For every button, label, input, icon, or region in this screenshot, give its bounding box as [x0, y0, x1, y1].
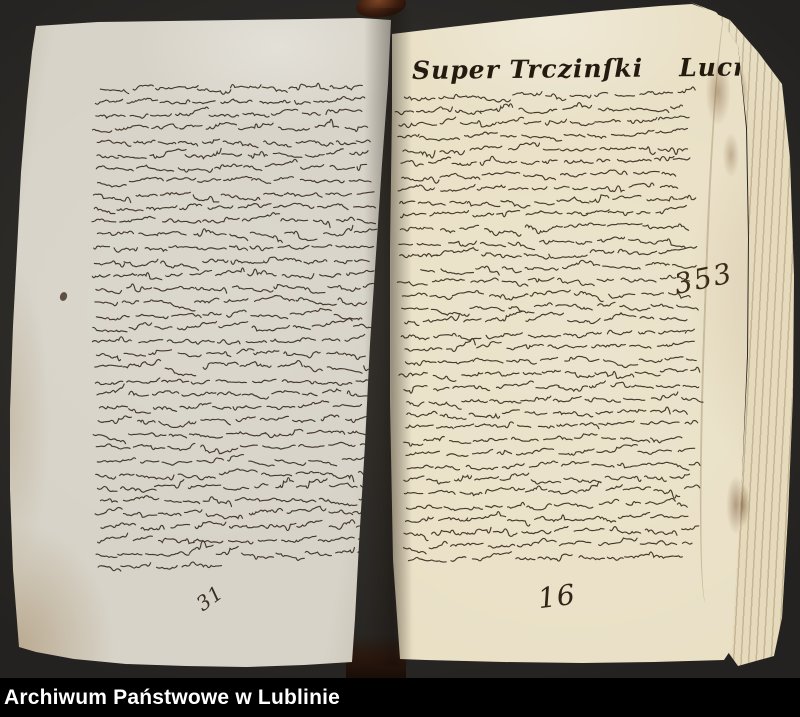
handwriting-right — [390, 84, 710, 575]
page-heading: Super Trczinſki Lucrum — [412, 52, 794, 85]
book-headband — [355, 0, 408, 20]
handwriting-left — [84, 75, 387, 577]
heading-title: Super Trczinſki — [412, 54, 643, 85]
ink-blot — [59, 291, 69, 302]
caption-bar: Archiwum Państwowe w Lublinie — [0, 678, 800, 717]
book-gutter-bottom — [346, 634, 406, 682]
left-manuscript-page: 31 — [8, 14, 392, 668]
archive-photo: Super Trczinſki Lucrum 353 16 31 Archiwu… — [0, 0, 800, 717]
caption-text: Archiwum Państwowe w Lublinie — [0, 686, 340, 710]
folio-number-left: 31 — [192, 580, 228, 616]
folio-number-right: 16 — [536, 578, 577, 615]
